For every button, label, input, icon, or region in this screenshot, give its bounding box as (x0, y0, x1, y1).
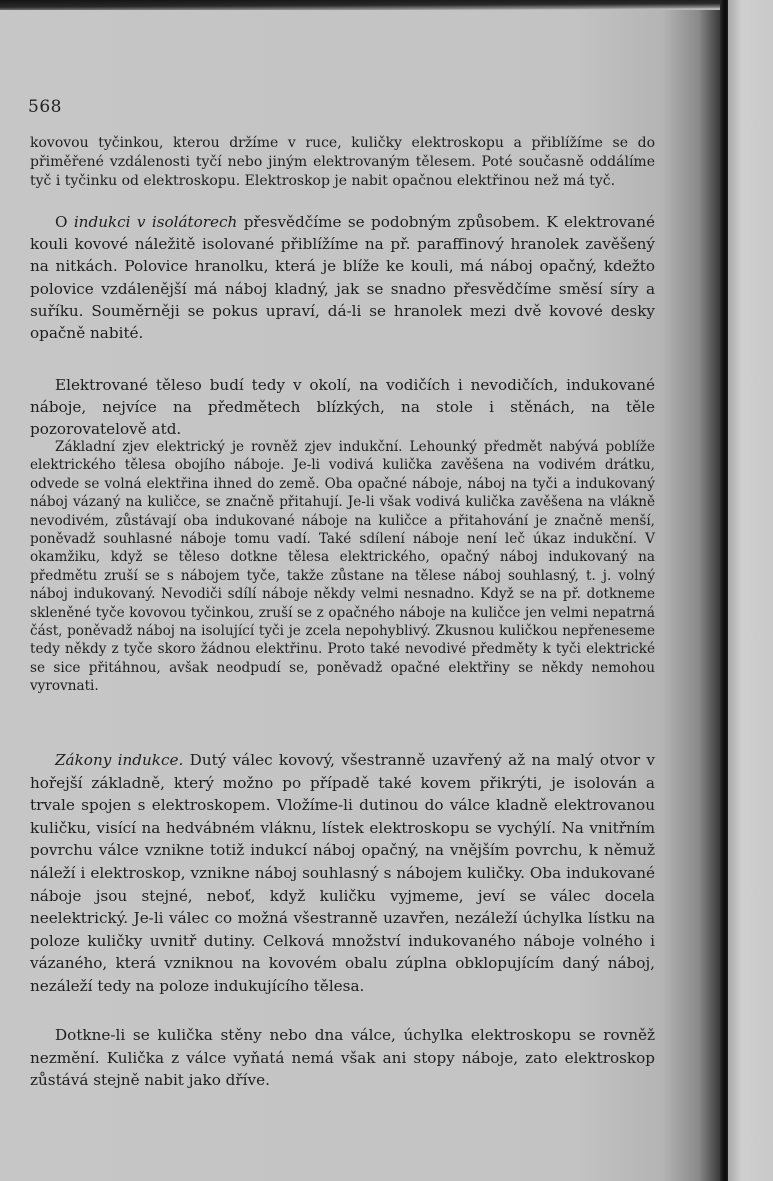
lead-prefix: O (55, 213, 74, 231)
paragraph-4-small-print: Základní zjev elektrický je rovněž zjev … (30, 438, 655, 696)
paragraph-5-laws-of-induction: Zákony indukce. Dutý válec kovový, všest… (30, 749, 655, 998)
paragraph-text: Elektrované těleso budí tedy v okolí, na… (30, 374, 655, 441)
paragraph-text: O indukci v isolátorech přesvědčíme se p… (30, 211, 655, 344)
book-binding-gutter (720, 0, 728, 1181)
paragraph-body: přesvědčíme se podobným způsobem. K elek… (30, 213, 655, 342)
paragraph-text: Dotkne-li se kulička stěny nebo dna válc… (30, 1024, 655, 1092)
paragraph-3: Elektrované těleso budí tedy v okolí, na… (30, 374, 655, 441)
paragraph-text: Základní zjev elektrický je rovněž zjev … (30, 438, 655, 696)
book-page: 568 kovovou tyčinkou, kterou držíme v ru… (0, 10, 720, 1181)
page-number: 568 (28, 97, 62, 117)
paragraph-6: Dotkne-li se kulička stěny nebo dna válc… (30, 1024, 655, 1092)
paragraph-body: Dutý válec kovový, všestranně uzavřený a… (30, 751, 655, 995)
paragraph-2-induction-in-insulators: O indukci v isolátorech přesvědčíme se p… (30, 211, 655, 344)
paragraph-1: kovovou tyčinkou, kterou držíme v ruce, … (30, 134, 655, 191)
paragraph-text: Zákony indukce. Dutý válec kovový, všest… (30, 749, 655, 998)
next-page-edge (728, 0, 773, 1181)
italic-term: Zákony indukce. (55, 751, 183, 769)
paragraph-text: kovovou tyčinkou, kterou držíme v ruce, … (30, 134, 655, 191)
italic-term: indukci v isolátorech (74, 213, 238, 231)
